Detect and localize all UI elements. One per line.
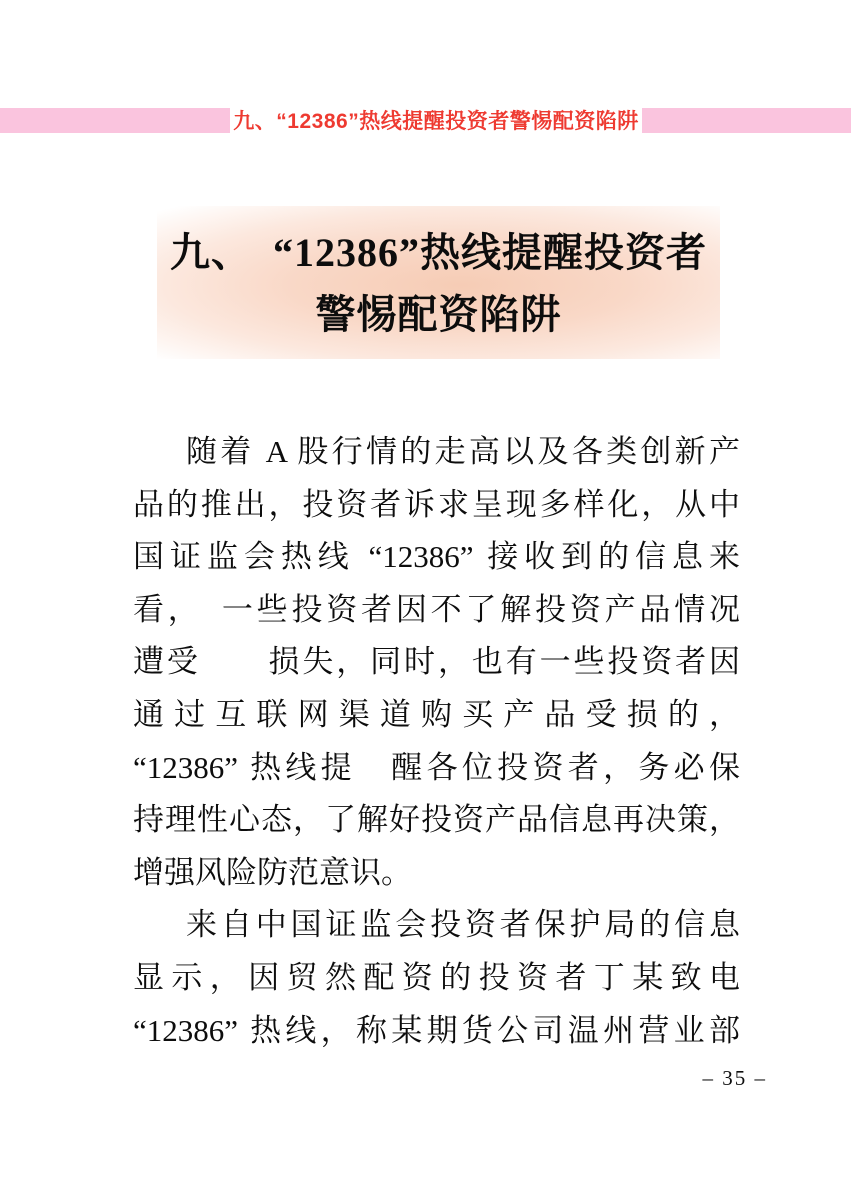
body-line: “12386” 热线提 醒各位投资者，务必保 bbox=[133, 742, 740, 795]
chapter-title-line-2: 警惕配资陷阱 bbox=[157, 284, 720, 346]
running-header: 九、“12386”热线提醒投资者警惕配资陷阱 bbox=[230, 106, 642, 134]
chapter-title: 九、 “12386”热线提醒投资者 警惕配资陷阱 bbox=[157, 222, 720, 346]
header-rule-right bbox=[642, 108, 851, 133]
body-line: 遭受 损失，同时，也有一些投资者因 bbox=[133, 636, 740, 689]
page-number: – 35 – bbox=[703, 1066, 768, 1091]
body-text: 随着 A 股行情的走高以及各类创新产 品的推出，投资者诉求呈现多样化，从中 国证… bbox=[133, 426, 740, 1057]
body-line: “12386” 热线，称某期货公司温州营业部 bbox=[133, 1005, 740, 1058]
body-line: 通过互联网渠道购买产品受损的， bbox=[133, 689, 740, 742]
body-line: 随着 A 股行情的走高以及各类创新产 bbox=[133, 426, 740, 479]
body-line: 国证监会热线 “12386” 接收到的信息来 bbox=[133, 531, 740, 584]
body-line: 看， 一些投资者因不了解投资产品情况 bbox=[133, 584, 740, 637]
body-line: 品的推出，投资者诉求呈现多样化，从中 bbox=[133, 479, 740, 532]
chapter-title-line-1: 九、 “12386”热线提醒投资者 bbox=[157, 222, 720, 284]
document-page: 九、“12386”热线提醒投资者警惕配资陷阱 九、 “12386”热线提醒投资者… bbox=[0, 0, 851, 1189]
body-line: 持理性心态，了解好投资产品信息再决策， bbox=[133, 794, 740, 847]
header-rule-left bbox=[0, 108, 230, 133]
body-line: 增强风险防范意识。 bbox=[133, 847, 740, 900]
body-line: 显示，因贸然配资的投资者丁某致电 bbox=[133, 952, 740, 1005]
body-line: 来自中国证监会投资者保护局的信息 bbox=[133, 899, 740, 952]
